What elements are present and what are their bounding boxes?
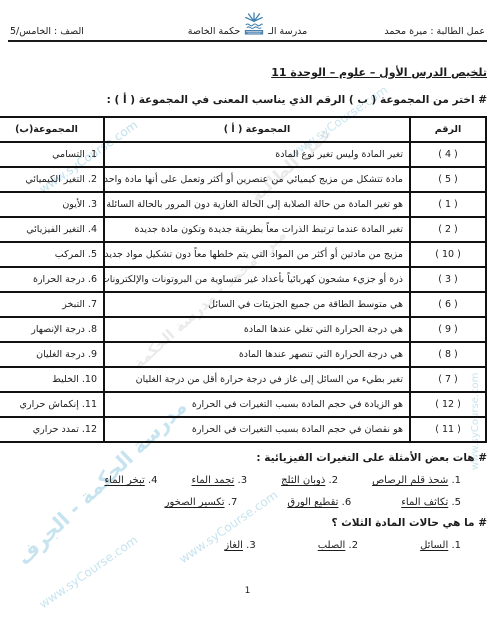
term-text: 5. المركب: [0, 242, 104, 267]
matching-instruction: # اختر من المجموعة ( ب ) الرقم الذي يناس…: [8, 94, 487, 106]
definition-text: مزيج من مادتين أو أكثر من المواد التي يت…: [104, 242, 410, 267]
list-item: 4. تبخر الماء: [104, 475, 157, 486]
definition-text: ذرة أو جزيء مشحون كهربائياً بأعداد غير م…: [104, 267, 410, 292]
page-title: تلخيص الدرس الأول – علوم – الوحدة 11: [8, 66, 487, 79]
answer-number: ( 4 ): [410, 142, 486, 167]
table-row: ( 5 )مادة تتشكل من مزيج كيميائي من عنصري…: [0, 167, 486, 192]
item-number: 2.: [349, 540, 359, 551]
examples-row-2: 5. تكاثف الماء 6. تقطيع الورق 7. تكسير ا…: [8, 497, 487, 508]
examples-row-1: 1. شحذ قلم الرصاص 2. ذوبان الثلج 3. تجمد…: [8, 475, 487, 486]
answer-number: ( 3 ): [410, 267, 486, 292]
list-item: 5. تكاثف الماء: [401, 497, 461, 508]
definition-text: هي درجة الحرارة التي تغلي عندها المادة: [104, 317, 410, 342]
answer-number: ( 12 ): [410, 392, 486, 417]
answer-number: ( 9 ): [410, 317, 486, 342]
definition-text: هو تغير المادة من حالة الصلابة إلى الحال…: [104, 192, 410, 217]
item-number: 3.: [238, 475, 248, 486]
table-row: ( 4 )تغير المادة وليس تغير نوع المادة1. …: [0, 142, 486, 167]
item-number: 1.: [451, 540, 461, 551]
item-answer: تقطيع الورق: [287, 497, 338, 508]
item-answer: تكسير الصخور: [165, 497, 225, 508]
term-text: 12. تمدد حراري: [0, 417, 104, 442]
examples-section-heading: # هات بعض الأمثلة على التغيرات الفيزيائي…: [8, 452, 487, 464]
term-text: 10. الخليط: [0, 367, 104, 392]
term-text: 4. التغير الفيزيائي: [0, 217, 104, 242]
table-row: ( 1 )هو تغير المادة من حالة الصلابة إلى …: [0, 192, 486, 217]
item-answer: تكاثف الماء: [401, 497, 448, 508]
definition-text: مادة تتشكل من مزيج كيميائي من عنصرين أو …: [104, 167, 410, 192]
definition-text: هي درجة الحرارة التي تنصهر عندها المادة: [104, 342, 410, 367]
list-item: 3. الغاز: [224, 540, 255, 551]
list-item: 2. الصلب: [318, 540, 358, 551]
list-item: 3. تجمد الماء: [192, 475, 248, 486]
matching-table: الرقم المجموعة ( أ ) المجموعة(ب) ( 4 )تغ…: [0, 116, 487, 443]
answer-number: ( 1 ): [410, 192, 486, 217]
term-text: 1. التسامي: [0, 142, 104, 167]
answer-number: ( 10 ): [410, 242, 486, 267]
list-item: 1. شحذ قلم الرصاص: [372, 475, 461, 486]
column-header-number: الرقم: [410, 117, 486, 142]
item-number: 6.: [342, 497, 352, 508]
answer-number: ( 2 ): [410, 217, 486, 242]
term-text: 3. الأيون: [0, 192, 104, 217]
term-text: 6. درجة الحرارة: [0, 267, 104, 292]
answer-number: ( 6 ): [410, 292, 486, 317]
column-header-group-b: المجموعة(ب): [0, 117, 104, 142]
term-text: 7. التبخر: [0, 292, 104, 317]
term-text: 9. درجة الغليان: [0, 342, 104, 367]
list-item: 7. تكسير الصخور: [165, 497, 238, 508]
answer-number: ( 11 ): [410, 417, 486, 442]
states-section-heading: # ما هي حالات المادة الثلاث ؟: [8, 517, 487, 529]
list-item: 6. تقطيع الورق: [287, 497, 351, 508]
table-row: ( 8 )هي درجة الحرارة التي تنصهر عندها ال…: [0, 342, 486, 367]
definition-text: هي متوسط الطاقة من جميع الجزيئات في السا…: [104, 292, 410, 317]
item-number: 1.: [451, 475, 461, 486]
grade-label: الصف : الخامس/5: [10, 26, 84, 37]
table-header-row: الرقم المجموعة ( أ ) المجموعة(ب): [0, 117, 486, 142]
answer-number: ( 5 ): [410, 167, 486, 192]
item-number: 5.: [451, 497, 461, 508]
definition-text: تغير المادة عندما ترتبط الذرات معاً بطري…: [104, 217, 410, 242]
page-header: عمل الطالبة : ميرة محمد مدرسة الـ: [8, 6, 487, 42]
answer-number: ( 8 ): [410, 342, 486, 367]
worksheet-page: عمل الطالبة : ميرة محمد مدرسة الـ: [0, 0, 495, 640]
definition-text: هو نقصان في حجم المادة بسبب التغيرات في …: [104, 417, 410, 442]
item-number: 7.: [228, 497, 238, 508]
table-row: ( 2 )تغير المادة عندما ترتبط الذرات معاً…: [0, 217, 486, 242]
answer-number: ( 7 ): [410, 367, 486, 392]
states-row: 1. السائل 2. الصلب 3. الغاز: [8, 540, 487, 551]
definition-text: تغير المادة وليس تغير نوع المادة: [104, 142, 410, 167]
term-text: 8. درجة الإنصهار: [0, 317, 104, 342]
item-answer: تجمد الماء: [192, 475, 235, 486]
table-row: ( 3 )ذرة أو جزيء مشحون كهربائياً بأعداد …: [0, 267, 486, 292]
table-row: ( 11 )هو نقصان في حجم المادة بسبب التغير…: [0, 417, 486, 442]
item-answer: الغاز: [224, 540, 243, 551]
table-row: ( 9 )هي درجة الحرارة التي تغلي عندها الم…: [0, 317, 486, 342]
table-row: ( 12 )هو الزيادة في حجم المادة بسبب التغ…: [0, 392, 486, 417]
item-answer: السائل: [420, 540, 448, 551]
list-item: 2. ذوبان الثلج: [281, 475, 338, 486]
term-text: 2. التغير الكيميائي: [0, 167, 104, 192]
school-name-part1: مدرسة الـ: [268, 26, 307, 37]
table-row: ( 6 )هي متوسط الطاقة من جميع الجزيئات في…: [0, 292, 486, 317]
school-name-part2: حكمة الخاصة: [188, 26, 240, 37]
definition-text: تغير بطيء من السائل إلى غاز في درجة حرار…: [104, 367, 410, 392]
item-answer: تبخر الماء: [104, 475, 144, 486]
item-number: 4.: [148, 475, 158, 486]
item-answer: شحذ قلم الرصاص: [372, 475, 448, 486]
list-item: 1. السائل: [420, 540, 461, 551]
item-answer: ذوبان الثلج: [281, 475, 325, 486]
page-number: 1: [0, 586, 495, 596]
table-row: ( 10 )مزيج من مادتين أو أكثر من المواد ا…: [0, 242, 486, 267]
item-answer: الصلب: [318, 540, 346, 551]
school-logo-icon: [243, 9, 265, 39]
definition-text: هو الزيادة في حجم المادة بسبب التغيرات ف…: [104, 392, 410, 417]
column-header-group-a: المجموعة ( أ ): [104, 117, 410, 142]
item-number: 2.: [329, 475, 339, 486]
item-number: 3.: [246, 540, 256, 551]
table-row: ( 7 )تغير بطيء من السائل إلى غاز في درجة…: [0, 367, 486, 392]
term-text: 11. إنكماش حراري: [0, 392, 104, 417]
